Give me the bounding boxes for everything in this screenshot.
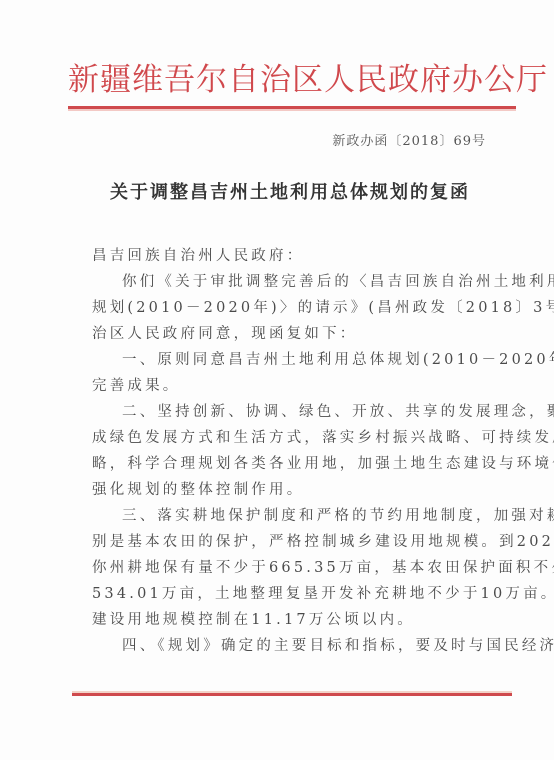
body-line: 你州耕地保有量不少于665.35万亩，基本农田保护面积不少于 bbox=[92, 555, 492, 581]
masthead-red-rule bbox=[68, 106, 516, 109]
document-title: 关于调整昌吉州土地利用总体规划的复函 bbox=[80, 178, 500, 204]
body-line: 强化规划的整体控制作用。 bbox=[92, 477, 492, 503]
body-line: 别是基本农田的保护，严格控制城乡建设用地规模。到2020年， bbox=[92, 529, 492, 555]
body-line: 略，科学合理规划各类各业用地，加强土地生态建设与环境保护， bbox=[92, 451, 492, 477]
document-number: 新政办函〔2018〕69号 bbox=[332, 130, 486, 149]
body-line: 四、《规划》确定的主要目标和指标，要及时与国民经济和社会 bbox=[92, 633, 492, 659]
bleed-through-marks: ​ bbox=[92, 226, 212, 242]
body-line: 二、坚持创新、协调、绿色、开放、共享的发展理念，聚焦加快形 bbox=[92, 399, 492, 425]
document-page: 新疆维吾尔自治区人民政府办公厅 新政办函〔2018〕69号 关于调整昌吉州土地利… bbox=[0, 0, 554, 760]
body-line: 治区人民政府同意，现函复如下： bbox=[92, 321, 492, 347]
body-line: 三、落实耕地保护制度和严格的节约用地制度，加强对耕地特 bbox=[92, 503, 492, 529]
document-body: 昌吉回族自治州人民政府： 你们《关于审批调整完善后的〈昌吉回族自治州土地利用总体… bbox=[92, 243, 492, 659]
body-line: 成绿色发展方式和生活方式，落实乡村振兴战略、可持续发展战 bbox=[92, 425, 492, 451]
body-line: 规划(2010－2020年)〉的请示》(昌州政发〔2018〕3号)收悉。经自 bbox=[92, 295, 492, 321]
body-line: 534.01万亩，土地整理复垦开发补充耕地不少于10万亩。城乡 bbox=[92, 581, 492, 607]
issuing-authority-masthead: 新疆维吾尔自治区人民政府办公厅 bbox=[68, 60, 518, 100]
body-line: 你们《关于审批调整完善后的〈昌吉回族自治州土地利用总体 bbox=[92, 269, 492, 295]
body-line: 一、原则同意昌吉州土地利用总体规划(2010－2020年)调整 bbox=[92, 347, 492, 373]
body-line: 建设用地规模控制在11.17万公顷以内。 bbox=[92, 607, 492, 633]
footer-red-rule bbox=[72, 693, 512, 696]
body-line: 完善成果。 bbox=[92, 373, 492, 399]
salutation: 昌吉回族自治州人民政府： bbox=[92, 243, 492, 269]
